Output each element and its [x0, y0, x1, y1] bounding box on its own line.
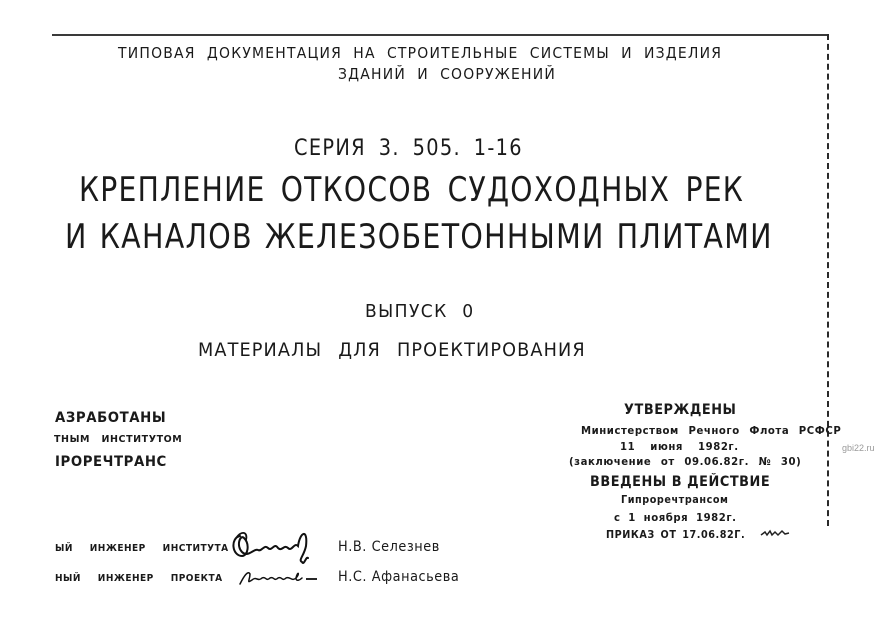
header-line-2: зданий и сооружений — [338, 65, 556, 83]
approval-conclusion: (заключение от 09.06.82г. № 30) — [569, 455, 801, 468]
header-line-1: Типовая документация на строительные сис… — [118, 44, 722, 62]
approved-by: Министерством Речного Флота РСФСР — [581, 424, 841, 437]
watermark: gbi22.ru — [842, 443, 875, 453]
signatory-role-1: ый инженер института — [55, 543, 229, 554]
developed-heading: азработаны — [55, 410, 166, 426]
issue-number: Выпуск 0 — [365, 301, 475, 322]
enacted-date: с 1 ноября 1982г. — [614, 511, 737, 524]
signature-icon — [238, 566, 318, 588]
developer-organization: ipоречтранс — [55, 454, 167, 470]
document-title-line-2: и каналов железобетонными плитами — [65, 217, 773, 257]
enacted-heading: Введены в действие — [590, 474, 770, 490]
approved-date: 11 июня 1982г. — [620, 440, 739, 453]
developed-by-line: тным институтом — [54, 434, 182, 445]
document-subtitle: Материалы для проектирования — [198, 339, 586, 361]
signatory-name-1: Н.В. Селезнев — [338, 539, 440, 555]
frame-top-border — [52, 34, 828, 36]
frame-right-border — [827, 34, 829, 526]
enacted-by: Гипроречтрансом — [621, 494, 728, 506]
order-reference: приказ от 17.06.82г. — [606, 529, 745, 541]
signatory-name-2: Н.С. Афанасьева — [338, 569, 459, 585]
document-title-line-1: Крепление откосов судоходных рек — [79, 170, 744, 210]
signatory-role-2: ный инженер проекта — [55, 573, 223, 584]
series-number: Серия 3. 505. 1-16 — [294, 136, 523, 161]
handwritten-mark-icon — [760, 528, 790, 538]
approved-heading: Утверждены — [624, 402, 736, 418]
signature-icon — [228, 526, 318, 570]
